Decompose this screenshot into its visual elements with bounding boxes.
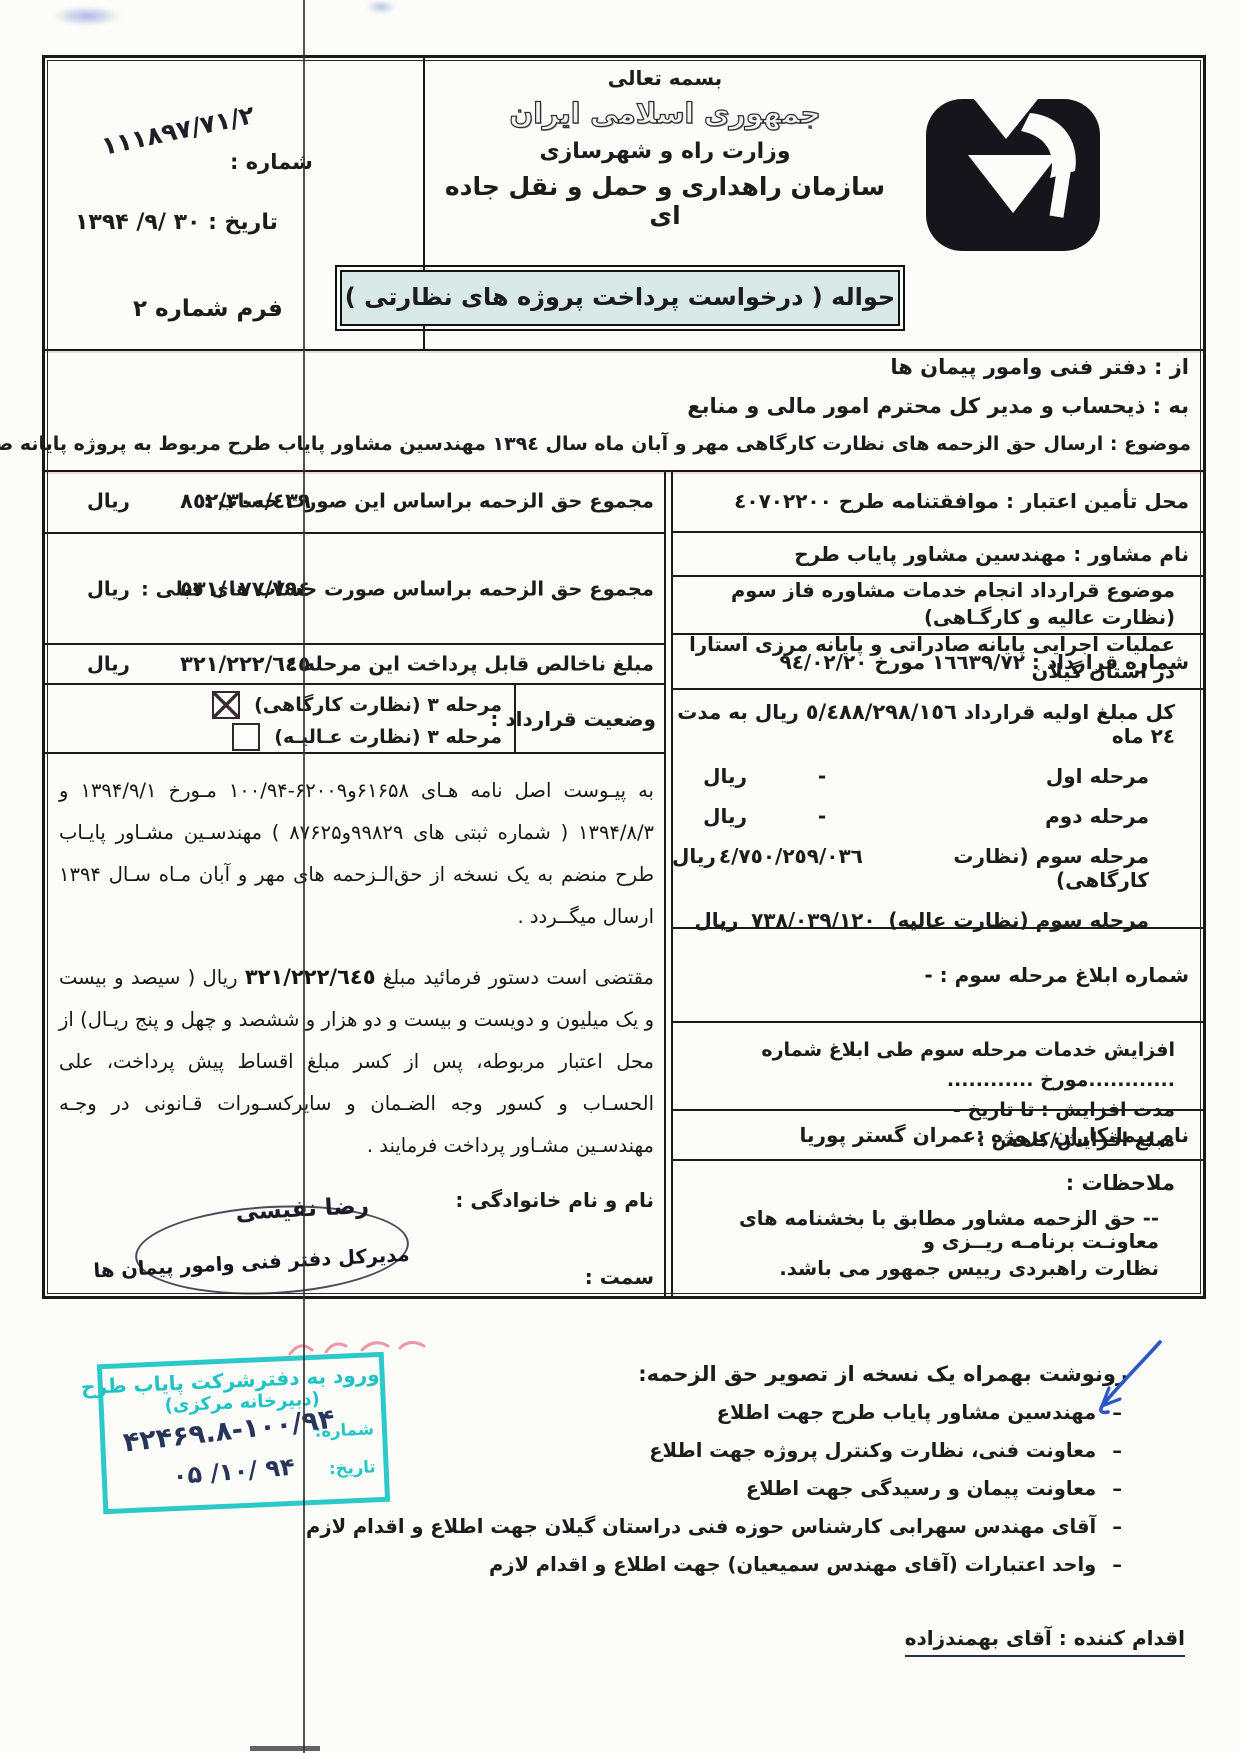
- funding-source-text: محل تأمین اعتبار : موافقتنامه طرح ٤٠٧٠٢٢…: [734, 489, 1189, 513]
- phase-label: مرحله سوم (نظارت کارگاهی): [866, 844, 1149, 892]
- contract-number-text: شماره قرارداد : ١٦٦٣٩/٧٢ مورخ ٩٤/٠٢/٢٠: [780, 650, 1190, 674]
- remarks-cell: ملاحظات : -- حق الزحمه مشاور مطابق با بخ…: [672, 1161, 1203, 1296]
- director-signature-stamp: رضا نفیسی مدیرکل دفتر فنی وامور پیمان ها: [133, 1199, 411, 1301]
- phase-row: مرحله اول - ریال: [672, 764, 1189, 788]
- notice-number-text: شماره ابلاغ مرحله سوم : -: [924, 963, 1189, 987]
- country-title: جمهوری اسلامی ایران: [425, 97, 905, 130]
- rmto-logo-icon: [918, 93, 1108, 258]
- letter-paragraph-2: مقتضی است دستور فرمائید مبلغ ٣٢١/٢٢٢/٦٤٥…: [59, 956, 654, 1167]
- header-rule: [45, 349, 1203, 351]
- dash-bullet: –: [1112, 1476, 1122, 1501]
- cc-list: – مهندسین مشاور پایاب طرح جهت اطلاع – مع…: [306, 1400, 1122, 1590]
- organization-title: سازمان راهداری و حمل و نقل جاده ای: [425, 172, 905, 230]
- remarks-title: ملاحظات :: [672, 1161, 1189, 1195]
- dash-bullet: –: [1112, 1400, 1122, 1425]
- increase-notice: افزایش خدمات مرحله سوم طی ابلاغ شماره ..…: [672, 1035, 1175, 1095]
- currency-unit: ریال: [87, 653, 130, 676]
- document-title: حواله ( درخواست پرداخت پروژه های نظارتی …: [340, 270, 900, 326]
- letter-p2-prefix: مقتضی است دستور فرمائید مبلغ: [376, 966, 654, 989]
- status-option: مرحله ۳ (نظارت کارگاهی): [212, 691, 502, 719]
- cc-item-text: مهندسین مشاور پایاب طرح جهت اطلاع: [717, 1400, 1097, 1425]
- status-checkbox: [232, 723, 260, 751]
- signature-name-label: نام و نام خانوادگی :: [455, 1188, 654, 1212]
- cc-title: رونوشت بهمراه یک نسخه از تصویر حق الزحمه…: [638, 1362, 1128, 1386]
- currency-unit: ریال: [87, 577, 130, 600]
- action-by-line: اقدام کننده : آقای بهمندزاده: [905, 1626, 1185, 1657]
- status-option-label: مرحله ۳ (نظارت کارگاهی): [254, 694, 502, 716]
- bismillah: بسمه تعالی: [425, 66, 905, 90]
- initial-amount-value: ٥/٤٨٨/٢٩٨/١٥٦: [806, 700, 957, 724]
- contract-status-row: وضعیت قرارداد : مرحله ۳ (نظارت کارگاهی) …: [45, 685, 664, 754]
- initial-amount-line: کل مبلغ اولیه قرارداد ٥/٤٨٨/٢٩٨/١٥٦ ریال…: [672, 690, 1189, 748]
- net-payable-value: ٣٢١/٢٢٢/٦٤٥: [180, 652, 311, 676]
- cc-item: – آقای مهندس سهرابی کارشناس حوزه فنی درا…: [306, 1514, 1122, 1539]
- phase-unit: ریال: [703, 804, 747, 828]
- scanned-payment-order-form: شماره : ۱۱۱۸۹۷/۷۱/۲ تاریخ : ۳۰ /۹/ ۱۳۹۴ …: [0, 0, 1240, 1753]
- status-checkbox: [212, 691, 240, 719]
- letter-p2-amount: ٣٢١/٢٢٢/٦٤٥: [245, 965, 376, 989]
- dash-bullet: –: [1112, 1552, 1122, 1577]
- form-border: شماره : ۱۱۱۸۹۷/۷۱/۲ تاریخ : ۳۰ /۹/ ۱۳۹۴ …: [42, 55, 1206, 1299]
- phase-row: مرحله سوم (نظارت کارگاهی) ٤/٧٥٠/٢٥٩/٠٣٦ …: [672, 844, 1189, 892]
- net-payable-label: مبلغ ناخالص قابل پرداخت این مرحله :: [289, 653, 654, 676]
- letter-p2-suffix: ریال ( سیصد و بیست و یک میلیون و دویست و…: [59, 966, 654, 1157]
- status-label: وضعیت قرارداد :: [490, 707, 656, 731]
- contract-amounts-cell: کل مبلغ اولیه قرارداد ٥/٤٨٨/٢٩٨/١٥٦ ریال…: [672, 690, 1203, 929]
- entry-stamp-date-label: تاریخ:: [329, 1457, 376, 1478]
- to-line: به : ذیحساب و مدیر کل محترم امور مالی و …: [687, 394, 1189, 418]
- contractors-value: عمران گستر پوریا: [800, 1123, 977, 1147]
- funding-source-cell: محل تأمین اعتبار : موافقتنامه طرح ٤٠٧٠٢٢…: [672, 470, 1203, 533]
- cc-item-text: آقای مهندس سهرابی کارشناس حوزه فنی دراست…: [306, 1514, 1096, 1539]
- consultant-name-cell: نام مشاور : مهندسین مشاور پایاب طرح: [672, 533, 1203, 577]
- form-number: فرم شماره ۲: [133, 296, 283, 322]
- contractors-cell: نام پیمانکاران پروژه : عمران گستر پوریا: [672, 1111, 1203, 1161]
- contract-details-column: محل تأمین اعتبار : موافقتنامه طرح ٤٠٧٠٢٢…: [672, 470, 1203, 1296]
- notice-number-cell: شماره ابلاغ مرحله سوم : -: [672, 929, 1203, 1023]
- increase-cell: افزایش خدمات مرحله سوم طی ابلاغ شماره ..…: [672, 1023, 1203, 1111]
- blue-smudge: [366, 0, 396, 14]
- remarks-line1: -- حق الزحمه مشاور مطابق با بخشنامه های …: [672, 1195, 1189, 1253]
- phase-unit: ریال: [672, 844, 716, 892]
- remarks-line2: نظارت راهبردی رییس جمهور می باشد.: [672, 1253, 1189, 1280]
- blue-smudge: [52, 6, 122, 26]
- consultant-name-text: نام مشاور : مهندسین مشاور پایاب طرح: [794, 542, 1189, 566]
- entry-stamp: ورود به دفترشرکت پایاب طرح (دبیرخانه مرک…: [97, 1352, 390, 1514]
- dash-bullet: –: [1112, 1438, 1122, 1463]
- cc-item-text: واحد اعتبارات (آقای مهندس سمیعیان) جهت ا…: [489, 1552, 1096, 1577]
- net-payable-row: مبلغ ناخالص قابل پرداخت این مرحله : ٣٢١/…: [45, 645, 664, 685]
- phase-label: مرحله دوم: [897, 804, 1149, 828]
- cc-item: – مهندسین مشاور پایاب طرح جهت اطلاع: [306, 1400, 1122, 1425]
- contract-subject-cell: موضوع قرارداد انجام خدمات مشاوره فاز سوم…: [672, 577, 1203, 635]
- phase-row: مرحله دوم - ریال: [672, 804, 1189, 828]
- cc-item-text: معاونت فنی، نظارت وکنترل پروژه جهت اطلاع: [649, 1438, 1096, 1463]
- phase-value: -: [747, 764, 897, 788]
- contract-subject-line1: موضوع قرارداد انجام خدمات مشاوره فاز سوم…: [672, 577, 1189, 631]
- cc-item: – واحد اعتبارات (آقای مهندس سمیعیان) جهت…: [306, 1552, 1122, 1577]
- cc-item: – معاونت پیمان و رسیدگی جهت اطلاع: [306, 1476, 1122, 1501]
- current-invoice-value: ٨٥٢/٣٠٠/٤٣٩: [180, 489, 311, 513]
- contract-number-cell: شماره قرارداد : ١٦٦٣٩/٧٢ مورخ ٩٤/٠٢/٢٠: [672, 635, 1203, 690]
- previous-invoices-value: ٥٣١/٠٧٧/٧٩٤: [180, 577, 311, 601]
- serial-label: شماره :: [230, 150, 313, 174]
- current-invoice-row: مجموع حق الزحمه براساس این صورت حساب : ٨…: [45, 470, 664, 534]
- phase-label: مرحله اول: [897, 764, 1149, 788]
- letter-paragraph-1: به پیـوست اصل نامه هـای ۶۱۶۵۸و۶۲۰۰۹-۱۰۰/…: [59, 770, 654, 938]
- contractors-label: نام پیمانکاران پروژه :: [976, 1123, 1189, 1147]
- currency-unit: ریال: [87, 490, 130, 513]
- letter-body: به پیـوست اصل نامه هـای ۶۱۶۵۸و۶۲۰۰۹-۱۰۰/…: [59, 770, 654, 1167]
- letterhead: بسمه تعالی جمهوری اسلامی ایران وزارت راه…: [425, 58, 905, 230]
- cc-item: – معاونت فنی، نظارت وکنترل پروژه جهت اطل…: [306, 1438, 1122, 1463]
- ministry-title: وزارت راه و شهرسازی: [425, 139, 905, 164]
- status-option: مرحله ۳ (نظارت عـالیـه): [232, 723, 502, 751]
- phase-value: -: [747, 804, 897, 828]
- initial-amount-prefix: کل مبلغ اولیه قرارداد: [957, 700, 1175, 724]
- amounts-column: مجموع حق الزحمه براساس این صورت حساب : ٨…: [45, 470, 664, 1296]
- status-option-label: مرحله ۳ (نظارت عـالیـه): [274, 726, 502, 748]
- cc-item-text: معاونت پیمان و رسیدگی جهت اطلاع: [746, 1476, 1096, 1501]
- from-line: از : دفتر فنی وامور پیمان ها: [890, 355, 1189, 379]
- subject-line: موضوع : ارسال حق الزحمه های نظارت کارگاه…: [0, 433, 1191, 455]
- previous-invoices-row: مجموع حق الزحمه براساس صورت حساب های قبل…: [45, 534, 664, 645]
- scan-edge-artifact: [250, 1746, 320, 1751]
- signature-position-label: سمت :: [585, 1265, 654, 1289]
- phase-value: ٤/٧٥٠/٢٥٩/٠٣٦: [716, 844, 866, 892]
- entry-stamp-date-value: ۹۴ /۱۰/ ۰۵: [148, 1451, 320, 1492]
- dash-bullet: –: [1112, 1514, 1122, 1539]
- date-line: تاریخ : ۳۰ /۹/ ۱۳۹۴: [75, 210, 278, 235]
- phase-unit: ریال: [703, 764, 747, 788]
